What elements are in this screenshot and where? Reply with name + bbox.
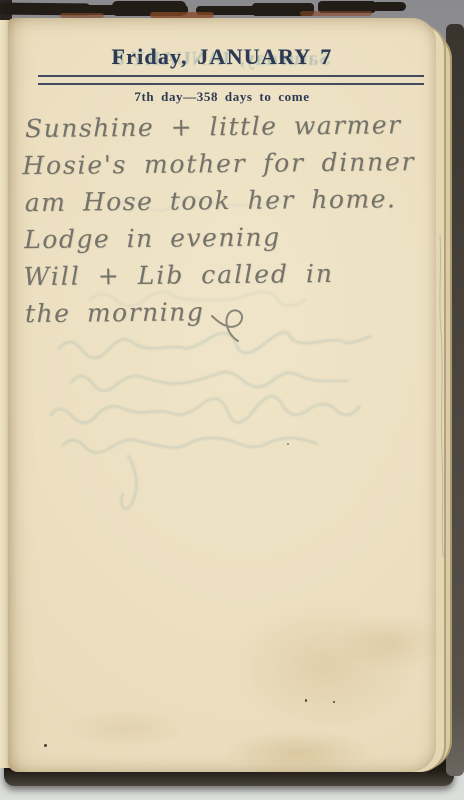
header-double-rule bbox=[38, 75, 424, 85]
scanned-diary-page: Saturday, JANUARY 8 Friday, JANUARY 7 7t… bbox=[0, 0, 464, 800]
entry-line: Will + Lib called in bbox=[23, 254, 432, 295]
ink-speck bbox=[305, 699, 307, 702]
entry-line: Sunshine + little warmer bbox=[25, 106, 431, 147]
worn-leather-patch bbox=[300, 11, 372, 16]
ink-speck bbox=[44, 744, 47, 747]
ink-speck bbox=[333, 701, 335, 703]
entry-line: am Hose took her home. bbox=[25, 180, 432, 221]
entry-line: the morning bbox=[25, 291, 433, 332]
entry-line: Hosie's mother for dinner bbox=[22, 143, 431, 184]
diary-page: Saturday, JANUARY 8 Friday, JANUARY 7 7t… bbox=[8, 18, 436, 772]
paper-stain bbox=[223, 730, 373, 776]
entry-line: Lodge in evening bbox=[24, 217, 432, 258]
page-header-date: Friday, JANUARY 7 bbox=[8, 44, 436, 70]
ink-speck bbox=[287, 443, 289, 445]
page-header-day-count: 7th day—358 days to come bbox=[8, 89, 436, 105]
cover-fragment bbox=[372, 2, 406, 11]
handwritten-diary-entry: Sunshine + little warmer Hosie's mother … bbox=[25, 106, 433, 332]
paper-stain bbox=[338, 613, 448, 671]
paper-stain bbox=[68, 708, 188, 748]
